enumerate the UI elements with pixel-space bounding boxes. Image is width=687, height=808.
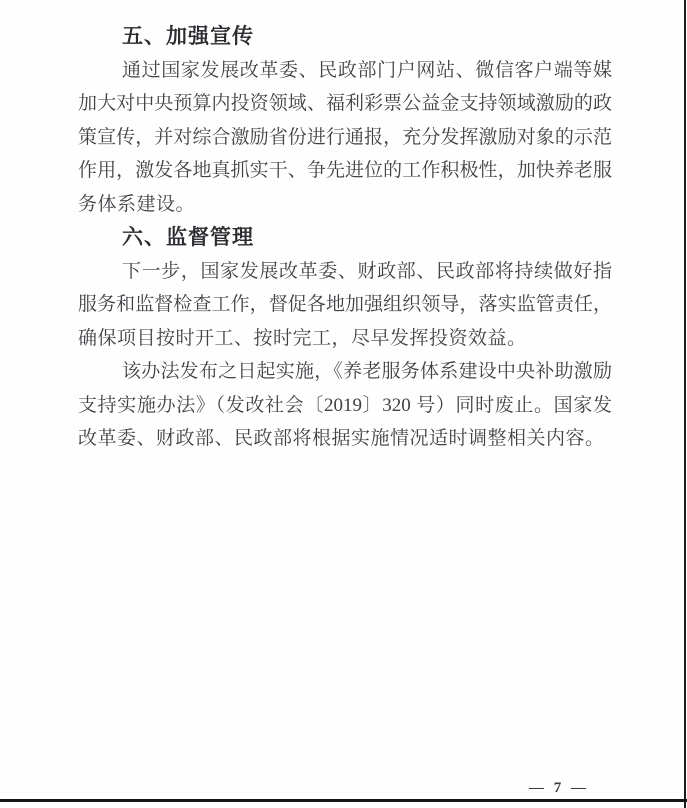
document-body: 五、加强宣传 通过国家发展改革委、民政部门户网站、微信客户端等媒介， 加大对中央… <box>78 20 612 456</box>
text-line: 务体系建设。 <box>78 188 612 222</box>
text-line: 作用，激发各地真抓实干、争先进位的工作积极性，加快养老服 <box>78 154 612 188</box>
section-heading-supervision: 六、监督管理 <box>78 221 612 255</box>
text-line: 确保项目按时开工、按时完工，尽早发挥投资效益。 <box>78 322 612 356</box>
text-line: 改革委、财政部、民政部将根据实施情况适时调整相关内容。 <box>78 422 612 456</box>
section-heading-publicity: 五、加强宣传 <box>78 20 612 54</box>
text-line: 服务和监督检查工作，督促各地加强组织领导，落实监管责任， <box>78 288 612 322</box>
scanned-document-page: 五、加强宣传 通过国家发展改革委、民政部门户网站、微信客户端等媒介， 加大对中央… <box>0 0 687 808</box>
text-line: 下一步，国家发展改革委、财政部、民政部将持续做好指导 <box>78 255 612 289</box>
text-line: 支持实施办法》（发改社会〔2019〕320 号）同时废止。国家发展 <box>78 389 612 423</box>
page-number: — 7 — <box>529 780 589 797</box>
text-line: 策宣传，并对综合激励省份进行通报，充分发挥激励对象的示范 <box>78 121 612 155</box>
scan-edge-bottom <box>0 799 687 802</box>
text-line: 加大对中央预算内投资领域、福利彩票公益金支持领域激励的政 <box>78 87 612 121</box>
text-line: 该办法发布之日起实施，《养老服务体系建设中央补助激励 <box>78 355 612 389</box>
scan-edge-right <box>684 0 686 808</box>
text-line: 通过国家发展改革委、民政部门户网站、微信客户端等媒介， <box>78 54 612 88</box>
